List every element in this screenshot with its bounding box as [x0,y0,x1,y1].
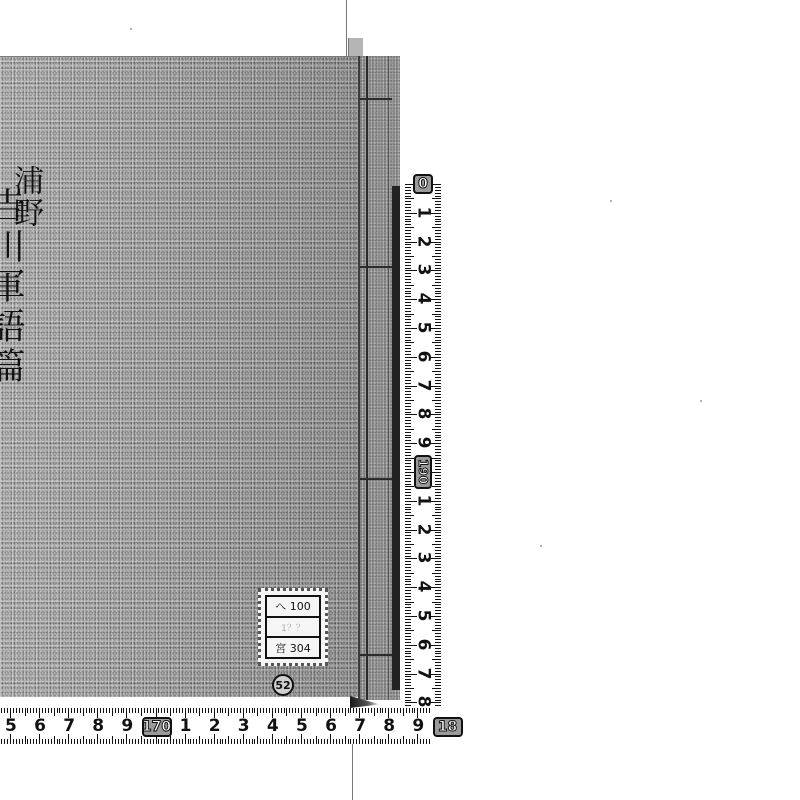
ruler-tick [147,739,148,744]
ruler-tick [348,708,349,713]
ruler-tick [405,509,411,510]
ruler-tick [435,665,441,666]
ruler-tick [377,739,378,744]
ruler-tick [405,193,411,194]
ruler-tick [405,455,411,456]
ruler-tick [405,478,411,479]
ruler-tick [405,700,411,701]
ruler-tick [405,230,411,231]
ruler-tick [435,204,441,205]
scan-edge-line [352,744,353,800]
scan-clip [348,38,363,56]
ruler-tick [405,556,411,557]
ruler-tick [405,342,414,343]
ruler-tick [405,518,411,519]
ruler-number: 8 [383,718,395,735]
ruler-tick [405,659,414,660]
ruler-tick [30,708,31,713]
ruler-tick [405,466,411,467]
ruler-tick [405,285,414,286]
ruler-tick [405,400,414,401]
ruler-tick [132,708,133,713]
ruler-number: 2 [414,235,431,247]
ruler-number: 2 [414,523,431,535]
ruler-tick [405,544,414,545]
ruler-tick [435,196,441,197]
ruler-tick [435,564,441,565]
ruler-tick [164,708,165,713]
ruler-tick [275,739,276,744]
ruler-tick [141,708,142,716]
ruler-tick [435,262,441,263]
ruler-tick [432,458,441,459]
ruler-tick [54,736,55,744]
ruler-tick [405,671,411,672]
ruler-tick [435,521,441,522]
label-row-faint: 1？？ [267,618,319,639]
ruler-tick [435,593,441,594]
ruler-tick [435,305,441,306]
ruler-tick [405,576,411,577]
ruler-tick [405,437,411,438]
ruler-tick [237,739,238,744]
ruler-tick [435,435,441,436]
ruler-tick [435,291,441,292]
ruler-tick [405,420,411,421]
ruler-tick [377,708,378,713]
ruler-tick [435,282,441,283]
ruler-tick [405,679,411,680]
ruler-major-marker: 190 [414,455,432,489]
ruler-tick [161,739,162,744]
ruler-tick [435,383,441,384]
ruler-tick [153,708,154,713]
ruler-tick [435,610,441,611]
ruler-tick [435,671,441,672]
ruler-tick [405,481,411,482]
ruler-tick [202,708,203,713]
ruler-tick [217,739,218,744]
ruler-tick [435,694,441,695]
ruler-tick [27,739,28,744]
ruler-tick [208,739,209,744]
ruler-tick [74,708,75,713]
ruler-tick [342,708,343,713]
ruler-tick [199,736,200,744]
ruler-tick [405,691,411,692]
ruler-tick [336,708,337,713]
ruler-tick [403,708,404,716]
ruler-tick [382,708,383,713]
ruler-tick [400,708,401,713]
ruler-tick [112,708,113,716]
ruler-tick [106,739,107,744]
ruler-tick [59,739,60,744]
ruler-tick [405,219,411,220]
ruler-tick [266,708,267,713]
ruler-tick [435,504,441,505]
ruler-tick [432,573,441,574]
ruler-tick [405,244,411,245]
ruler-tick [45,739,46,744]
ruler-tick [304,708,305,713]
ruler-tick [147,708,148,713]
ruler-tick [161,708,162,713]
ruler-tick [435,380,441,381]
ruler-tick [394,739,395,744]
ruler-tick [406,708,407,713]
ruler-tick [405,653,411,654]
ruler-tick [435,484,441,485]
ruler-tick [307,739,308,744]
ruler-tick [199,708,200,716]
ruler-tick [391,739,392,744]
ruler-tick [405,446,411,447]
ruler-tick [405,256,414,257]
ruler-tick [435,679,441,680]
ruler-major-marker: 0 [413,174,433,194]
ruler-tick [435,599,441,600]
ruler-tick [435,676,441,677]
ruler-tick [435,239,441,240]
ruler-tick [405,259,411,260]
ruler-tick [222,708,223,713]
ruler-number: 4 [267,718,279,735]
ruler-tick [289,739,290,744]
ruler-number: 1 [414,494,431,506]
ruler-tick [196,739,197,744]
ruler-tick [435,463,441,464]
ruler-tick [368,739,369,744]
ruler-tick [435,426,441,427]
ruler-tick [234,739,235,744]
ruler-tick [432,659,441,660]
ruler-tick [435,538,441,539]
ruler-tick [193,708,194,713]
ruler-number: 6 [325,718,337,735]
ruler-tick [350,708,351,713]
ruler-tick [405,426,411,427]
ruler-tick [435,700,441,701]
ruler-tick [138,739,139,744]
ruler-tick [246,739,247,744]
ruler-tick [348,739,349,744]
ruler-tick [435,512,441,513]
ruler-tick [123,739,124,744]
ruler-tick [435,236,441,237]
ruler-tick [263,739,264,744]
ruler-tick [65,739,66,744]
ruler-tick [435,579,441,580]
ruler-tick [190,708,191,713]
ruler-tick [220,708,221,713]
ruler-tick [150,708,151,713]
ruler-tick [435,409,441,410]
ruler-tick [435,319,441,320]
ruler-tick [432,400,441,401]
ruler-tick [405,515,414,516]
ruler-tick [385,739,386,744]
ruler-tick [435,639,441,640]
ruler-tick [403,736,404,744]
ruler-number: 8 [92,718,104,735]
ruler-tick [59,708,60,713]
ruler-tick [435,633,441,634]
ruler-tick [405,432,411,433]
ruler-tick [435,469,441,470]
ruler-tick [435,432,441,433]
ruler-tick [228,736,229,744]
ruler-tick [435,219,441,220]
ruler-tick [405,210,411,211]
ruler-tick [435,210,441,211]
ruler-tick [405,668,411,669]
ruler-tick [94,708,95,713]
ruler-tick [405,682,411,683]
ruler-tick [304,739,305,744]
ruler-tick [371,708,372,713]
ruler-tick [266,739,267,744]
ruler-number: 5 [414,610,431,622]
ruler-tick [48,739,49,744]
ruler-tick [406,739,407,744]
ruler-tick [405,521,411,522]
ruler-tick [91,739,92,744]
ruler-tick [435,576,441,577]
ruler-tick [313,708,314,713]
ruler-tick [405,250,411,251]
ruler-tick [435,705,441,706]
ruler-tick [405,397,411,398]
ruler-tick [435,334,441,335]
ruler-number: 3 [238,718,250,735]
ruler-tick [318,739,319,744]
ruler-number: 7 [63,718,75,735]
ruler-tick [345,736,346,744]
ruler-tick [405,239,411,240]
ruler-tick [435,247,441,248]
ruler-tick [13,739,14,744]
ruler-tick [405,599,411,600]
ruler-tick [435,221,441,222]
ruler-number: 6 [414,638,431,650]
ruler-tick [405,371,414,372]
ruler-tick [405,253,411,254]
ruler-tick [158,708,159,713]
ruler-tick [405,484,411,485]
ruler-number: 5 [5,718,17,735]
ruler-tick [405,628,411,629]
ruler-tick [16,739,17,744]
ruler-tick [205,708,206,713]
ruler-tick [324,708,325,713]
ruler-tick [435,668,441,669]
ruler-tick [138,708,139,713]
scan-edge-line [346,0,347,56]
ruler-tick [170,736,171,744]
ruler-tick [405,492,411,493]
ruler-tick [435,391,441,392]
ruler-tick [405,374,411,375]
ruler-tick [289,708,290,713]
ruler-tick [257,708,258,716]
ruler-tick [423,739,424,744]
ruler-tick [435,440,441,441]
ruler-tick [54,708,55,716]
ruler-tick [435,365,441,366]
ruler-number: 6 [34,718,46,735]
ruler-tick [252,739,253,744]
ruler-tick [295,739,296,744]
ruler-tick [158,739,159,744]
ruler-tick [286,708,287,716]
ruler-tick [324,739,325,744]
ruler-tick [405,391,411,392]
ruler-tick [435,567,441,568]
ruler-tick [405,423,411,424]
ruler-tick [74,739,75,744]
ruler-tick [405,486,414,487]
ruler-tick [182,739,183,744]
ruler-tick [83,708,84,716]
ruler-tick [231,739,232,744]
ruler-tick [405,293,411,294]
ruler-tick [435,697,441,698]
ruler-tick [435,207,441,208]
ruler-tick [405,276,411,277]
catalog-label: へ 100 1？？ 宮 304 [258,588,328,666]
spine-shadow [392,186,400,690]
ruler-tick [435,265,441,266]
ruler-tick [356,708,357,713]
ruler-tick [405,579,411,580]
ruler-tick [435,570,441,571]
ruler-tick [405,440,411,441]
circle-stamp: 52 [272,674,294,696]
vertical-ruler: 012345678919012345678 [405,172,441,712]
ruler-tick [339,708,340,713]
ruler-tick [435,607,441,608]
ruler-tick [435,492,441,493]
ruler-tick [362,739,363,744]
ruler-tick [405,697,411,698]
ruler-tick [240,739,241,744]
ruler-tick [432,602,441,603]
ruler-tick [405,262,411,263]
ruler-tick [1,708,2,713]
ruler-tick [405,662,411,663]
ruler-number: 5 [296,718,308,735]
ruler-tick [176,708,177,713]
ruler-tick [405,541,411,542]
spine-binding [360,266,392,268]
ruler-tick [414,708,415,713]
ruler-tick [405,388,411,389]
ruler-tick [385,708,386,713]
ruler-tick [405,636,411,637]
ruler-tick [179,739,180,744]
ruler-tick [62,708,63,713]
ruler-tick [196,708,197,713]
ruler-tick [435,388,441,389]
ruler-tick [435,656,441,657]
ruler-tick [202,739,203,744]
ruler-tick [129,708,130,713]
ruler-tick [109,708,110,713]
ruler-tick [423,708,424,713]
ruler-number: 4 [414,293,431,305]
ruler-tick [173,708,174,713]
ruler-tick [231,708,232,713]
ruler-tick [188,708,189,713]
ruler-tick [222,739,223,744]
ruler-tick [7,708,8,713]
ruler-tick [435,553,441,554]
ruler-tick [405,507,411,508]
ruler-tick [397,739,398,744]
ruler-tick [405,363,411,364]
ruler-tick [333,708,334,713]
ruler-tick [368,708,369,713]
ruler-tick [269,708,270,713]
ruler-tick [150,739,151,744]
ruler-tick [432,486,441,487]
ruler-tick [435,449,441,450]
ruler-tick [432,285,441,286]
ruler-tick [316,708,317,716]
ruler-tick [405,581,411,582]
ruler-tick [405,642,411,643]
ruler-tick [310,708,311,713]
ruler-tick [412,739,413,744]
ruler-tick [412,708,413,713]
ruler-tick [220,739,221,744]
ruler-tick [435,268,441,269]
ruler-tick [57,739,58,744]
ruler-tick [405,236,411,237]
ruler-tick [237,708,238,713]
ruler-tick [405,622,411,623]
ruler-tick [435,230,441,231]
ruler-tick [234,708,235,713]
ruler-tick [405,311,411,312]
ruler-tick [71,739,72,744]
ruler-tick [173,739,174,744]
ruler-tick [298,739,299,744]
ruler-tick [292,739,293,744]
ruler-tick [310,739,311,744]
ruler-tick [103,708,104,713]
ruler-tick [405,354,411,355]
ruler-tick [435,253,441,254]
ruler-tick [45,708,46,713]
ruler-tick [435,331,441,332]
ruler-tick [371,739,372,744]
ruler-tick [405,593,411,594]
ruler-tick [405,651,411,652]
ruler-tick [405,288,411,289]
ruler-tick [435,489,441,490]
ruler-tick [263,708,264,713]
ruler-number: 1 [414,206,431,218]
ruler-tick [405,233,411,234]
ruler-tick [190,739,191,744]
ruler-tick [405,221,411,222]
ruler-tick [275,708,276,713]
ruler-tick [405,316,411,317]
ruler-tick [405,619,411,620]
ruler-tick [405,512,411,513]
